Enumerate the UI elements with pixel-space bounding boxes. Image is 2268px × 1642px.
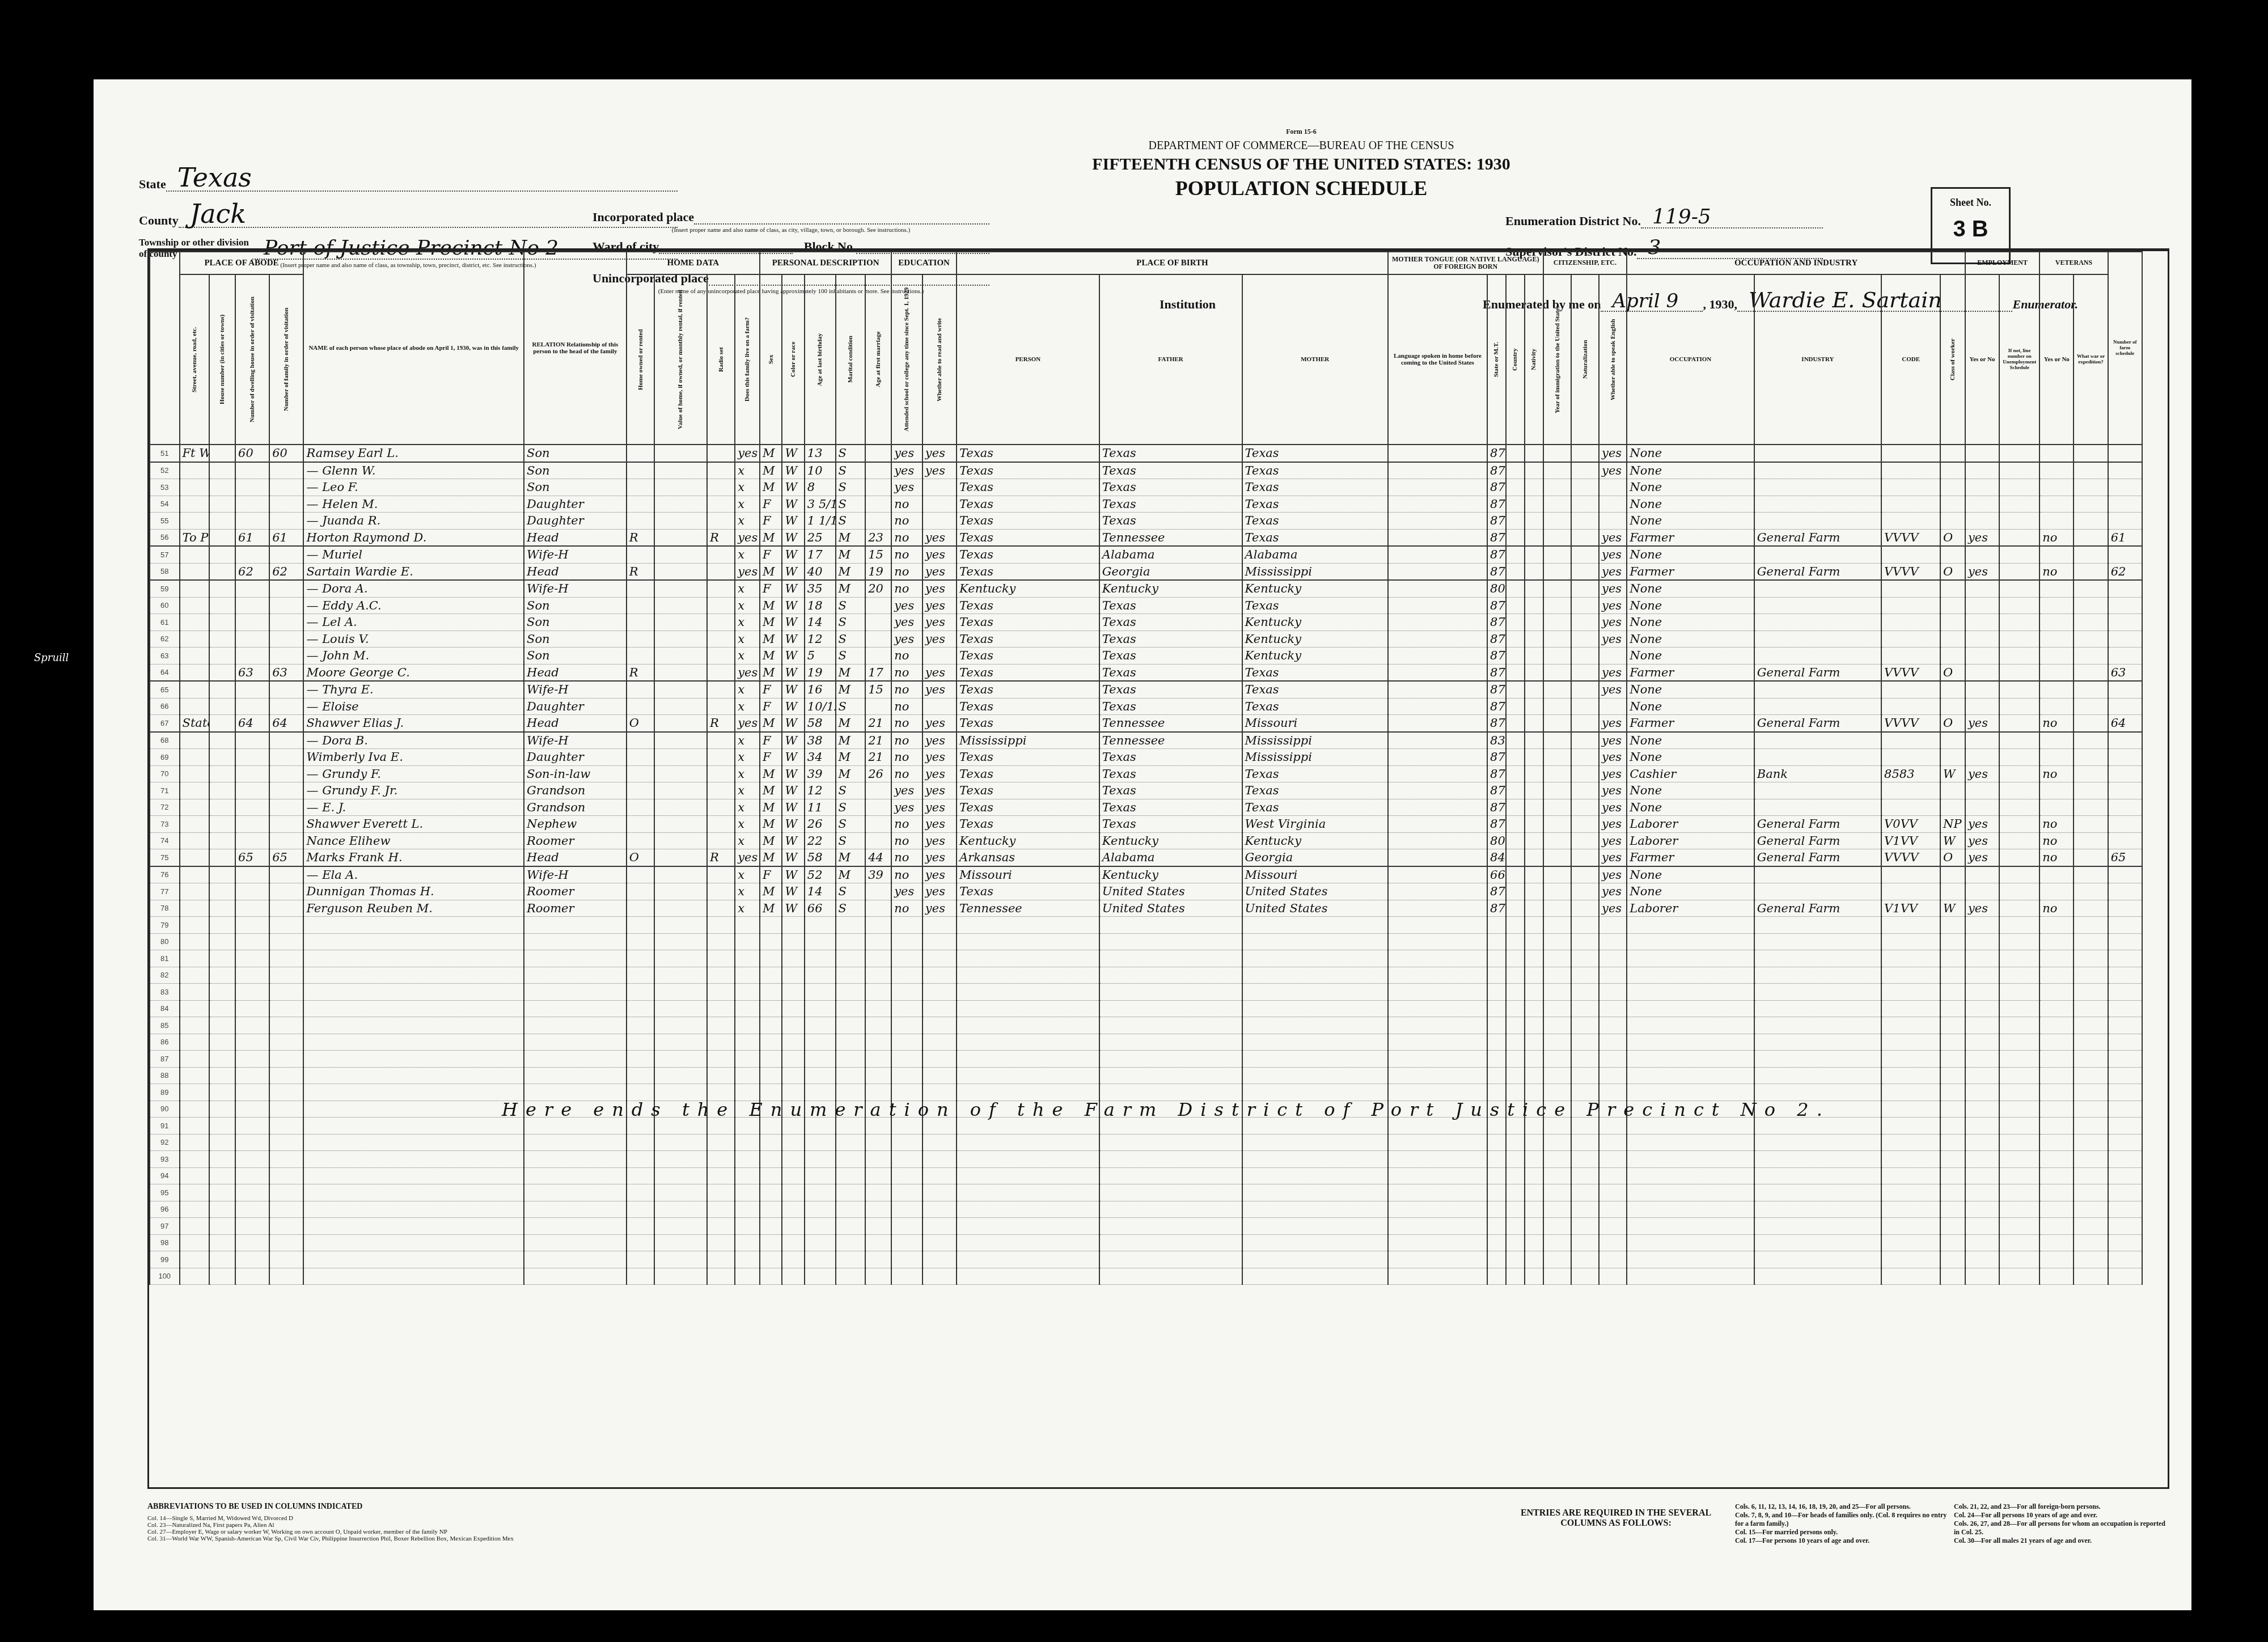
cell-empty <box>782 950 804 967</box>
cell-work <box>1965 799 1999 816</box>
cell-empty <box>1487 1067 1506 1084</box>
cell-empty <box>1388 597 1487 614</box>
cell-empty <box>957 1201 1099 1218</box>
note: Cols. 26, 27, and 28—For all persons for… <box>1954 1520 2166 1537</box>
cell-empty <box>707 967 735 984</box>
abbr-col31: Col. 31—World War WW, Spanish-American W… <box>147 1535 998 1542</box>
cell-dw: 61 <box>235 529 269 546</box>
cell-empty <box>209 681 235 698</box>
cell-empty <box>805 950 836 967</box>
cell-bpf: Kentucky <box>1099 866 1242 883</box>
cell-sex: M <box>760 563 782 580</box>
cell-empty <box>1965 1067 1999 1084</box>
cell-ind: General Farm <box>1754 664 1881 681</box>
cell-cls: W <box>1940 765 1965 782</box>
cell-empty <box>1543 462 1571 479</box>
cell-mar: M <box>836 765 866 782</box>
cell-ocode <box>1881 496 1940 513</box>
cell-empty <box>1525 765 1543 782</box>
cell-code: 87 <box>1487 799 1506 816</box>
cell-vet: no <box>2039 816 2074 833</box>
cell-empty <box>1999 496 2039 513</box>
cell-agem <box>865 462 891 479</box>
cell-empty <box>957 1268 1099 1285</box>
cell-empty <box>1571 513 1599 530</box>
cell-empty <box>235 1000 269 1017</box>
cell-code: 87 <box>1487 782 1506 799</box>
cell-fs <box>2108 832 2142 849</box>
cell-empty <box>2074 529 2108 546</box>
cell-empty <box>235 1051 269 1068</box>
cell-empty <box>180 1067 210 1084</box>
cell-empty <box>1599 1218 1627 1235</box>
cell-sch: no <box>891 546 923 563</box>
cell-empty <box>1881 1151 1940 1168</box>
cell-rel: Son <box>524 630 627 648</box>
cell-empty <box>1506 664 1525 681</box>
cell-empty <box>1571 479 1599 496</box>
cell-cls <box>1940 597 1965 614</box>
group-home-data: HOME DATA <box>627 252 760 274</box>
cell-empty <box>836 984 866 1001</box>
cell-empty <box>1506 462 1525 479</box>
line-number: 67 <box>150 715 180 732</box>
cell-own <box>627 614 654 631</box>
cell-occ: None <box>1627 580 1754 597</box>
cell-rel: Grandson <box>524 782 627 799</box>
cell-empty <box>209 715 235 732</box>
cell-fam <box>269 749 303 766</box>
cell-fam <box>269 832 303 849</box>
incorporated-field: Incorporated place <box>593 210 989 225</box>
cell-occ: None <box>1627 681 1754 698</box>
cell-agem <box>865 799 891 816</box>
col-8-header: Value of home, if owned, or monthly rent… <box>654 274 707 445</box>
cell-empty <box>805 1067 836 1084</box>
table-row: 59— Dora A.Wife-HxFW35M20noyesKentuckyKe… <box>150 580 2167 597</box>
cell-race: W <box>782 664 804 681</box>
cell-empty <box>1242 1051 1388 1068</box>
cell-radio <box>707 883 735 900</box>
cell-empty <box>524 1051 627 1068</box>
cell-empty <box>891 1067 923 1084</box>
cell-eng: yes <box>1599 799 1627 816</box>
cell-empty <box>2108 1201 2142 1218</box>
cell-empty <box>269 1084 303 1101</box>
cell-empty <box>1571 967 1599 984</box>
cell-bpm: Texas <box>1242 496 1388 513</box>
cell-ocode: V1VV <box>1881 832 1940 849</box>
cell-empty <box>2074 749 2108 766</box>
cell-empty <box>957 984 1099 1001</box>
col-15-header: Age at first marriage <box>865 274 891 445</box>
cell-bpf: Texas <box>1099 445 1242 462</box>
cell-empty <box>209 933 235 950</box>
cell-empty <box>735 1034 760 1051</box>
cell-occ: Farmer <box>1627 529 1754 546</box>
cell-bpf: Georgia <box>1099 563 1242 580</box>
cell-empty <box>782 1051 804 1068</box>
closing-note: Here ends the Enumeration of the Farm Di… <box>502 1099 1830 1120</box>
cell-empty <box>1999 1017 2039 1034</box>
cell-read: yes <box>923 765 957 782</box>
cell-empty <box>1571 765 1599 782</box>
cell-own <box>627 782 654 799</box>
cell-empty <box>1599 917 1627 934</box>
cell-read: yes <box>923 782 957 799</box>
instructions-footer: ABBREVIATIONS TO BE USED IN COLUMNS INDI… <box>147 1491 2166 1582</box>
cell-empty <box>1525 1067 1543 1084</box>
cell-empty <box>2074 1167 2108 1184</box>
cell-empty <box>209 630 235 648</box>
cell-empty <box>1487 950 1506 967</box>
cell-fs: 61 <box>2108 529 2142 546</box>
cell-agem: 44 <box>865 849 891 866</box>
cell-occ: None <box>1627 462 1754 479</box>
cell-work: yes <box>1965 765 1999 782</box>
cell-street <box>180 681 210 698</box>
cell-race: W <box>782 749 804 766</box>
cell-empty <box>1388 1251 1487 1268</box>
line-number: 62 <box>150 630 180 648</box>
cell-empty <box>957 917 1099 934</box>
cell-empty <box>782 1201 804 1218</box>
cell-eng: yes <box>1599 664 1627 681</box>
cell-farm: x <box>735 513 760 530</box>
cell-fs <box>2108 496 2142 513</box>
cell-empty <box>1506 1184 1525 1201</box>
cell-empty <box>1627 1167 1754 1184</box>
cell-empty <box>180 1034 210 1051</box>
cell-empty <box>1525 1268 1543 1285</box>
cell-dw <box>235 749 269 766</box>
cell-empty <box>2108 984 2142 1001</box>
cell-empty <box>2039 933 2074 950</box>
cell-vet <box>2039 799 2074 816</box>
cell-empty <box>1242 933 1388 950</box>
cell-own <box>627 479 654 496</box>
cell-sex: M <box>760 715 782 732</box>
line-number: 94 <box>150 1167 180 1184</box>
cell-empty <box>1754 933 1881 950</box>
cell-empty <box>1506 580 1525 597</box>
cell-bpf: Texas <box>1099 479 1242 496</box>
cell-ind <box>1754 614 1881 631</box>
cell-empty <box>2074 732 2108 749</box>
cell-empty <box>1754 950 1881 967</box>
table-row-empty: 83 <box>150 984 2167 1001</box>
cell-empty <box>235 1017 269 1034</box>
cell-empty <box>209 648 235 665</box>
cell-dw <box>235 648 269 665</box>
cell-sex: M <box>760 883 782 900</box>
required-title: ENTRIES ARE REQUIRED IN THE SEVERAL COLU… <box>1503 1508 1729 1529</box>
cell-radio <box>707 580 735 597</box>
cell-bpf: Texas <box>1099 630 1242 648</box>
cell-empty <box>782 1151 804 1168</box>
cell-work <box>1965 630 1999 648</box>
cell-empty <box>1525 984 1543 1001</box>
cell-sex: F <box>760 546 782 563</box>
cell-empty <box>1487 1151 1506 1168</box>
col-32-header: Number of farm schedule <box>2108 252 2142 445</box>
cell-vet <box>2039 648 2074 665</box>
col-7-header: Home owned or rented <box>627 274 654 445</box>
cell-own <box>627 732 654 749</box>
cell-empty <box>1242 1268 1388 1285</box>
cell-occ: None <box>1627 648 1754 665</box>
line-number: 90 <box>150 1101 180 1118</box>
cell-farm: yes <box>735 529 760 546</box>
cell-street <box>180 816 210 833</box>
cell-empty <box>627 1034 654 1051</box>
cell-empty <box>1881 917 1940 934</box>
cell-empty <box>1242 1017 1388 1034</box>
cell-code: 83 <box>1487 732 1506 749</box>
cell-empty <box>1627 1034 1754 1051</box>
cell-empty <box>235 1084 269 1101</box>
cell-empty <box>1965 917 1999 934</box>
cell-empty <box>1543 648 1571 665</box>
cell-empty <box>1543 597 1571 614</box>
cell-empty <box>805 1167 836 1184</box>
cell-empty <box>303 1000 524 1017</box>
cell-eng: yes <box>1599 765 1627 782</box>
cell-empty <box>1571 698 1599 715</box>
cell-empty <box>891 1034 923 1051</box>
cell-rel: Head <box>524 715 627 732</box>
cell-empty <box>1571 630 1599 648</box>
cell-bp: Texas <box>957 614 1099 631</box>
cell-occ: Laborer <box>1627 832 1754 849</box>
cell-empty <box>805 1251 836 1268</box>
cell-read: yes <box>923 445 957 462</box>
cell-empty <box>1999 917 2039 934</box>
cell-empty <box>1525 513 1543 530</box>
cell-empty <box>1506 1201 1525 1218</box>
cell-empty <box>760 967 782 984</box>
cell-name: Dunnigan Thomas H. <box>303 883 524 900</box>
cell-farm: x <box>735 816 760 833</box>
cell-empty <box>957 933 1099 950</box>
cell-sch: no <box>891 664 923 681</box>
cell-empty <box>836 917 866 934</box>
cell-empty <box>1543 1134 1571 1151</box>
cell-bpm: Texas <box>1242 698 1388 715</box>
cell-radio: R <box>707 529 735 546</box>
cell-empty <box>1627 1201 1754 1218</box>
cell-empty <box>209 1134 235 1151</box>
cell-code: 87 <box>1487 445 1506 462</box>
cell-bpf: Texas <box>1099 664 1242 681</box>
cell-empty <box>782 933 804 950</box>
cell-empty <box>782 967 804 984</box>
cell-empty <box>1099 1000 1242 1017</box>
cell-empty <box>180 1017 210 1034</box>
cell-street <box>180 782 210 799</box>
cell-empty <box>1543 1000 1571 1017</box>
table-row-empty: 94 <box>150 1167 2167 1184</box>
cell-empty <box>209 1167 235 1184</box>
cell-empty <box>1571 664 1599 681</box>
cell-empty <box>1571 883 1599 900</box>
cell-farm: x <box>735 496 760 513</box>
line-number: 80 <box>150 933 180 950</box>
cell-race: W <box>782 580 804 597</box>
cell-street: State Highway No 24 <box>180 715 210 732</box>
col-12-header: Color or race <box>782 274 804 445</box>
cell-empty <box>1571 496 1599 513</box>
cell-empty <box>1487 984 1506 1001</box>
cell-empty <box>180 1268 210 1285</box>
cell-empty <box>1506 681 1525 698</box>
cell-ind: Bank <box>1754 765 1881 782</box>
cell-empty <box>1999 1067 2039 1084</box>
cell-empty <box>865 1034 891 1051</box>
cell-empty <box>1571 799 1599 816</box>
cell-eng <box>1599 513 1627 530</box>
cell-empty <box>1525 597 1543 614</box>
cell-empty <box>235 1067 269 1084</box>
sheet-value: 3 B <box>1932 217 2009 242</box>
cell-empty <box>1571 614 1599 631</box>
cell-race: W <box>782 597 804 614</box>
table-row: 74Nance ElihewRoomerxMW22SnoyesKentuckyK… <box>150 832 2167 849</box>
cell-empty <box>1099 1218 1242 1235</box>
cell-empty <box>1543 1151 1571 1168</box>
cell-empty <box>1525 749 1543 766</box>
cell-empty <box>2074 866 2108 883</box>
cell-empty <box>1571 715 1599 732</box>
cell-rel: Nephew <box>524 816 627 833</box>
cell-empty <box>1754 1251 1881 1268</box>
cell-empty <box>2108 1268 2142 1285</box>
table-row: 71— Grundy F. Jr.GrandsonxMW12SyesyesTex… <box>150 782 2167 799</box>
cell-empty <box>2108 1017 2142 1034</box>
cell-eng: yes <box>1599 832 1627 849</box>
cell-empty <box>235 984 269 1001</box>
cell-empty <box>180 933 210 950</box>
cell-code: 87 <box>1487 479 1506 496</box>
cell-empty <box>235 1034 269 1051</box>
cell-dw <box>235 765 269 782</box>
cell-read: yes <box>923 462 957 479</box>
cell-empty <box>707 1218 735 1235</box>
cell-rel: Head <box>524 664 627 681</box>
cell-street <box>180 496 210 513</box>
cell-empty <box>1599 1251 1627 1268</box>
cell-cls <box>1940 513 1965 530</box>
cell-empty <box>1999 1167 2039 1184</box>
cell-bp: Texas <box>957 445 1099 462</box>
table-row: 54— Helen M.DaughterxFW3 5/12SnoTexasTex… <box>150 496 2167 513</box>
cell-empty <box>2074 1084 2108 1101</box>
cell-mar: M <box>836 681 866 698</box>
cell-code: 87 <box>1487 698 1506 715</box>
cell-empty <box>1506 782 1525 799</box>
cell-empty <box>1999 967 2039 984</box>
cell-empty <box>303 1234 524 1251</box>
cell-empty <box>2039 1067 2074 1084</box>
cell-ind <box>1754 732 1881 749</box>
line-number: 53 <box>150 479 180 496</box>
cell-empty <box>1506 799 1525 816</box>
cell-cls: O <box>1940 849 1965 866</box>
cell-empty <box>760 1017 782 1034</box>
cell-empty <box>1881 1234 1940 1251</box>
line-number: 71 <box>150 782 180 799</box>
line-number: 65 <box>150 681 180 698</box>
cell-radio <box>707 563 735 580</box>
cell-empty <box>2074 950 2108 967</box>
table-row: 66— EloiseDaughterxFW10/12SnoTexasTexasT… <box>150 698 2167 715</box>
cell-sex: M <box>760 462 782 479</box>
cell-fam <box>269 816 303 833</box>
cell-empty <box>1487 1251 1506 1268</box>
cell-occ: None <box>1627 546 1754 563</box>
cell-read: yes <box>923 664 957 681</box>
form-number: Form 15-6 <box>1046 128 1556 136</box>
cell-empty <box>2039 1118 2074 1135</box>
cell-empty <box>209 563 235 580</box>
cell-empty <box>209 698 235 715</box>
cell-empty <box>1965 967 1999 984</box>
cell-farm: x <box>735 597 760 614</box>
cell-empty <box>1999 749 2039 766</box>
cell-sch: no <box>891 832 923 849</box>
cell-dw <box>235 496 269 513</box>
cell-empty <box>1099 1034 1242 1051</box>
cell-read: yes <box>923 681 957 698</box>
cell-empty <box>836 1251 866 1268</box>
cell-empty <box>1506 866 1525 883</box>
cell-dw <box>235 630 269 648</box>
cell-empty <box>524 1218 627 1235</box>
cell-empty <box>1388 933 1487 950</box>
cell-empty <box>760 1234 782 1251</box>
cell-fam <box>269 883 303 900</box>
cell-own <box>627 597 654 614</box>
cell-empty <box>1388 816 1487 833</box>
cell-farm: x <box>735 614 760 631</box>
cell-eng: yes <box>1599 782 1627 799</box>
cell-empty <box>209 967 235 984</box>
table-row-empty: 87 <box>150 1051 2167 1068</box>
line-number: 51 <box>150 445 180 462</box>
cell-empty <box>303 1067 524 1084</box>
cell-work <box>1965 732 1999 749</box>
population-table: PLACE OF ABODE NAME of each person whose… <box>147 248 2169 1489</box>
cell-empty <box>1754 1051 1881 1068</box>
cell-empty <box>303 1167 524 1184</box>
cell-empty <box>1388 614 1487 631</box>
cell-empty <box>1525 648 1543 665</box>
cell-empty <box>1940 950 1965 967</box>
cell-fs: 63 <box>2108 664 2142 681</box>
cell-empty <box>1506 832 1525 849</box>
cell-empty <box>1571 832 1599 849</box>
cell-street <box>180 648 210 665</box>
cell-ocode <box>1881 445 1940 462</box>
cell-farm: x <box>735 732 760 749</box>
cell-empty <box>707 1268 735 1285</box>
cell-val <box>654 900 707 917</box>
cell-code: 80 <box>1487 832 1506 849</box>
cell-empty <box>235 1101 269 1118</box>
cell-empty <box>1525 496 1543 513</box>
cell-empty <box>707 1051 735 1068</box>
cell-empty <box>524 1201 627 1218</box>
